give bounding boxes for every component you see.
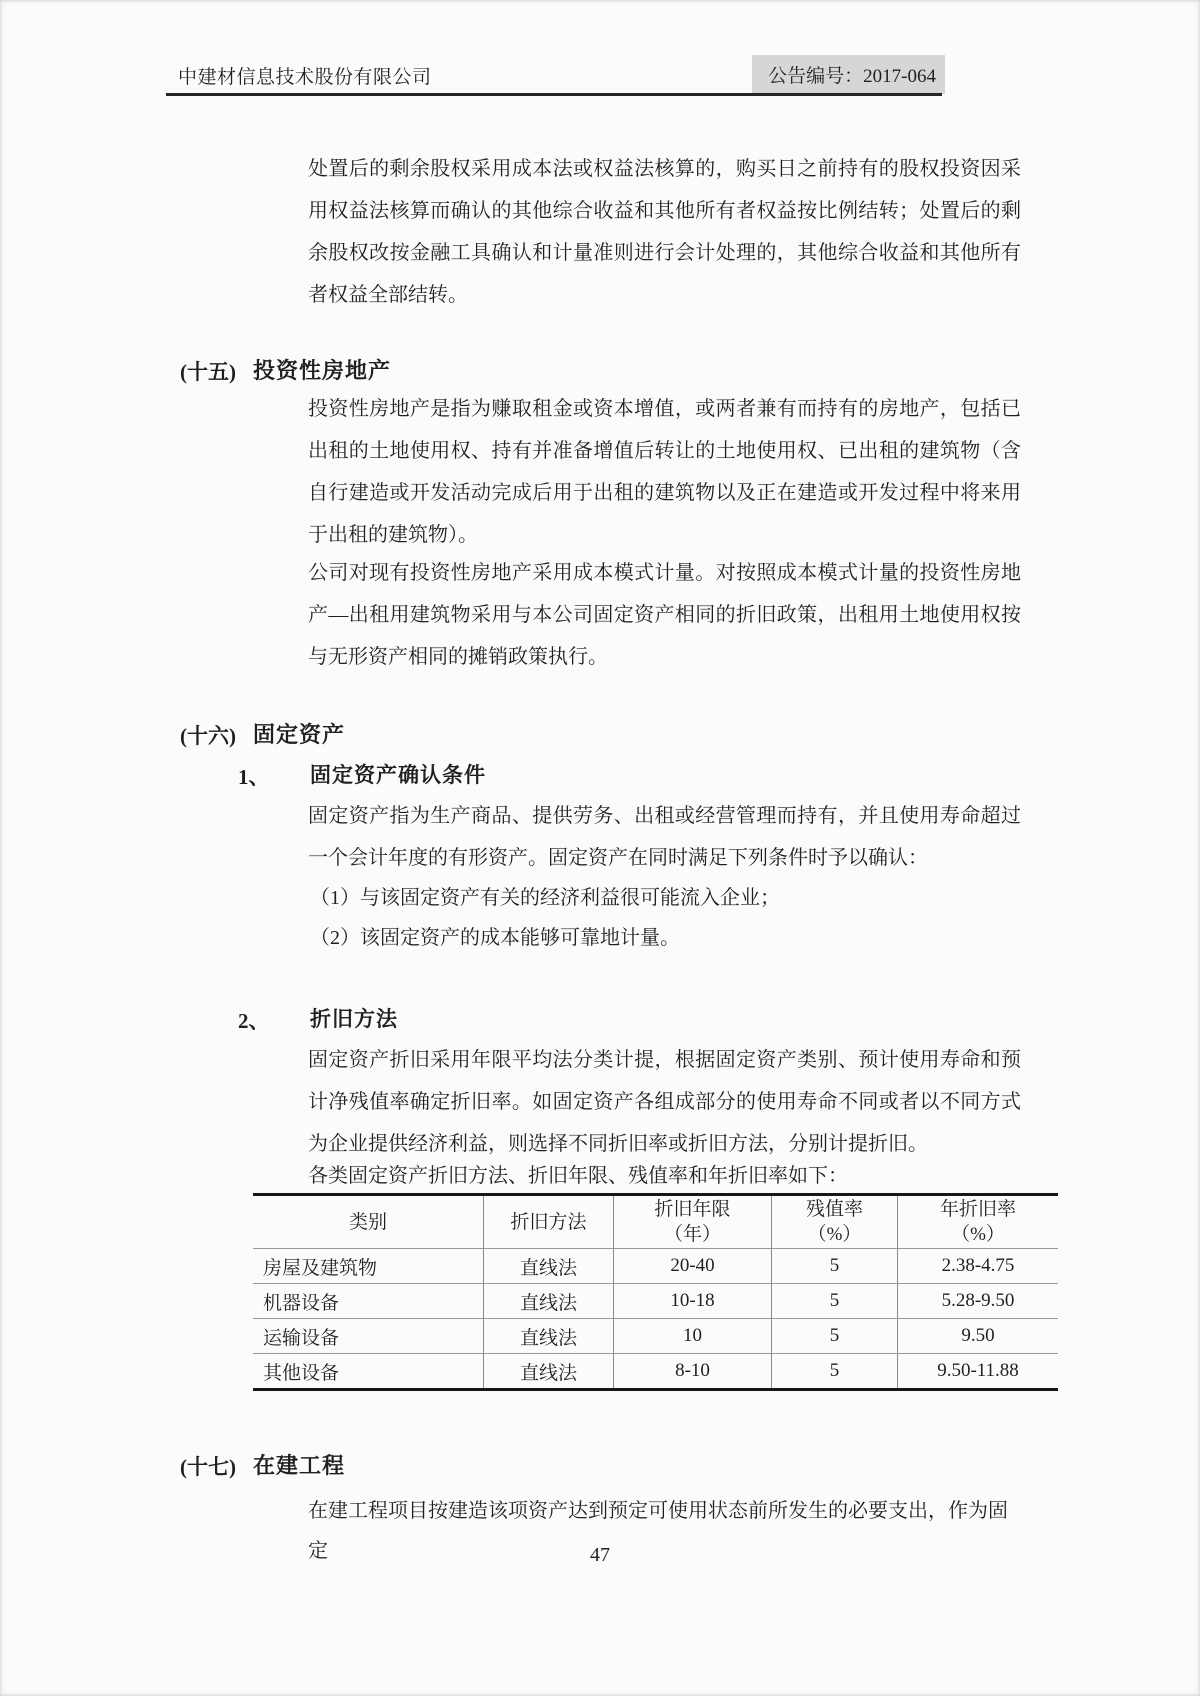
table-cell-annual-rate: 5.28-9.50 [897, 1283, 1058, 1318]
table-cell-residual-rate: 5 [771, 1248, 897, 1283]
table-cell-annual-rate: 2.38-4.75 [897, 1248, 1058, 1283]
table-cell-category: 运输设备 [253, 1318, 483, 1353]
page-number: 47 [180, 1544, 1020, 1567]
table-header-category: 类别 [253, 1196, 483, 1248]
header-line: （%） [808, 1222, 862, 1247]
section-15-title: 投资性房地产 [253, 355, 391, 387]
subsection-1-title: 固定资产确认条件 [310, 761, 486, 791]
table-cell-useful-life: 8-10 [613, 1353, 771, 1388]
table-intro-line: 各类固定资产折旧方法、折旧年限、残值率和年折旧率如下： [308, 1156, 1021, 1196]
header-line: （年） [664, 1222, 721, 1247]
table-cell-method: 直线法 [483, 1318, 613, 1353]
table-cell-useful-life: 10 [613, 1318, 771, 1353]
header-company-name: 中建材信息技术股份有限公司 [178, 62, 432, 89]
section-17-title: 在建工程 [253, 1450, 345, 1482]
table-cell-annual-rate: 9.50 [897, 1318, 1058, 1353]
table-cell-method: 直线法 [483, 1283, 613, 1318]
subsection-2-number: 2、 [238, 1006, 270, 1036]
paragraph-investment-property-measurement: 公司对现有投资性房地产采用成本模式计量。对按照成本模式计量的投资性房地产—出租用… [308, 552, 1021, 678]
header-line: （%） [951, 1222, 1005, 1247]
header-line: 折旧年限 [654, 1197, 730, 1222]
subsection-1-number: 1、 [238, 762, 270, 792]
table-header-annual-rate: 年折旧率 （%） [897, 1196, 1058, 1248]
table-cell-annual-rate: 9.50-11.88 [897, 1353, 1058, 1388]
paragraph-equity-disposal-carryover: 处置后的剩余股权采用成本法或权益法核算的，购买日之前持有的股权投资因采用权益法核… [308, 148, 1021, 316]
table-header-residual-rate: 残值率 （%） [771, 1196, 897, 1248]
table-cell-method: 直线法 [483, 1353, 613, 1388]
header-announcement-no: 公告编号：2017-064 [768, 61, 936, 88]
table-cell-residual-rate: 5 [771, 1283, 897, 1318]
table-cell-category: 机器设备 [253, 1283, 483, 1318]
subsection-2-title: 折旧方法 [310, 1005, 398, 1035]
list-item-condition-2: （2）该固定资产的成本能够可靠地计量。 [310, 923, 1023, 953]
header-rule [166, 93, 942, 96]
header-line: 年折旧率 [940, 1197, 1016, 1222]
section-16-label: (十六) [180, 721, 236, 751]
table-cell-residual-rate: 5 [771, 1318, 897, 1353]
table-cell-category: 房屋及建筑物 [253, 1248, 483, 1283]
table-cell-useful-life: 20-40 [613, 1248, 771, 1283]
depreciation-table: 类别 折旧方法 折旧年限 （年） 残值率 （%） 年折旧率 （%） 房屋及建筑物… [253, 1193, 1058, 1391]
header-line: 折旧方法 [510, 1210, 586, 1235]
header-announcement-band: 公告编号：2017-064 [752, 55, 945, 94]
table-cell-residual-rate: 5 [771, 1353, 897, 1388]
table-header-method: 折旧方法 [483, 1196, 613, 1248]
header-line: 类别 [349, 1210, 387, 1235]
table-header-useful-life: 折旧年限 （年） [613, 1196, 771, 1248]
paragraph-fixed-asset-recognition: 固定资产指为生产商品、提供劳务、出租或经营管理而持有，并且使用寿命超过一个会计年… [308, 795, 1021, 879]
list-item-condition-1: （1）与该固定资产有关的经济利益很可能流入企业； [310, 883, 1023, 913]
section-16-title: 固定资产 [253, 719, 345, 751]
section-15-label: (十五) [180, 357, 236, 387]
paragraph-investment-property-definition: 投资性房地产是指为赚取租金或资本增值，或两者兼有而持有的房地产，包括已出租的土地… [308, 388, 1021, 556]
table-cell-useful-life: 10-18 [613, 1283, 771, 1318]
table-cell-category: 其他设备 [253, 1353, 483, 1388]
paragraph-depreciation-method: 固定资产折旧采用年限平均法分类计提，根据固定资产类别、预计使用寿命和预计净残值率… [308, 1039, 1021, 1165]
section-17-label: (十七) [180, 1452, 236, 1482]
table-cell-method: 直线法 [483, 1248, 613, 1283]
header-line: 残值率 [806, 1197, 863, 1222]
document-page: 中建材信息技术股份有限公司 公告编号：2017-064 处置后的剩余股权采用成本… [0, 0, 1200, 1696]
